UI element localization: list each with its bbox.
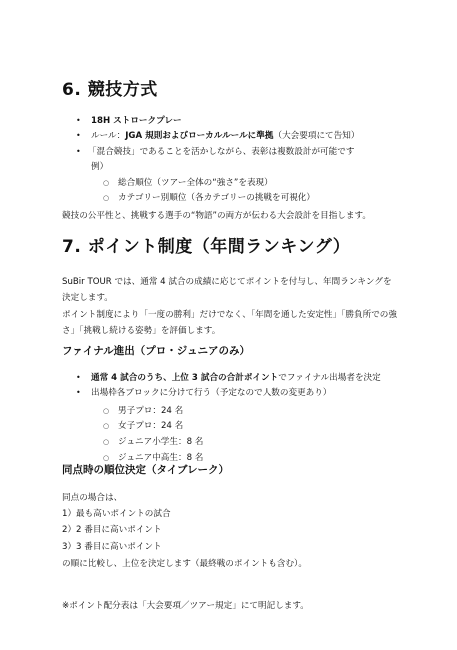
sub-bullet-icon: ○	[103, 405, 109, 417]
sub-bullet-icon: ○	[103, 192, 109, 204]
paragraph: 競技の公平性と、挑戦する選手の“物語”の両方が伝わる大会設計を目指します。	[62, 210, 371, 222]
list-item: 出場枠各ブロックに分けて行う（予定なので人数の変更あり）	[91, 387, 331, 399]
paragraph-line: ポイント制度により「一度の勝利」だけでなく、「年間を通した安定性」「勝負所での強	[62, 309, 397, 321]
paragraph-line: SuBir TOUR では、通常 4 試合の成績に応じてポイントを付与し、年間ラ…	[62, 276, 392, 288]
paragraph-line: 決定します。	[62, 292, 113, 304]
tiebreak-heading: 同点時の順位決定（タイブレーク）	[62, 463, 229, 477]
quota-item: ジュニア小学生：8 名	[118, 436, 203, 448]
footnote: ※ポイント配分表は「大会要項／ツアー規定」にて明記します。	[62, 600, 309, 612]
bullet-icon: •	[76, 372, 81, 384]
tiebreak-line: 2）2 番目に高いポイント	[62, 524, 162, 536]
quota-item: 男子プロ：24 名	[118, 405, 183, 417]
bullet-icon: •	[76, 130, 81, 142]
tiebreak-line: 3）3 番目に高いポイント	[62, 541, 162, 553]
document-page: 6. 競技方式 • 18H ストロークプレー • ルール：JGA 規則およびロー…	[0, 0, 457, 650]
rule-prefix: ルール：	[91, 131, 125, 141]
list-item: 「混合競技」であることを活かしながら、表彰は複数設計が可能です	[88, 146, 354, 158]
section-6-heading: 6. 競技方式	[62, 80, 158, 100]
bullet-icon: •	[76, 387, 81, 399]
list-item-continuation: 例）	[91, 161, 108, 173]
list-item: 18H ストロークプレー	[91, 115, 182, 127]
bullet-icon: •	[76, 146, 81, 158]
sub-bullet-icon: ○	[103, 177, 109, 189]
rule-suffix: （大会要項にて告知）	[273, 131, 359, 141]
tiebreak-line: の順に比較し、上位を決定します（最終戦のポイントも含む）。	[62, 558, 307, 570]
tiebreak-line: 同点の場合は、	[62, 492, 122, 504]
bold-text: JGA 規則およびローカルルールに準拠	[125, 131, 273, 141]
list-item: ルール：JGA 規則およびローカルルールに準拠（大会要項にて告知）	[91, 130, 359, 142]
sub-bullet-icon: ○	[103, 420, 109, 432]
tiebreak-line: 1）最も高いポイントの試合	[62, 508, 171, 520]
bold-text: 通常 4 試合のうち、上位 3 試合の合計ポイント	[91, 373, 278, 383]
bullet-icon: •	[76, 115, 81, 127]
section-7-heading: 7. ポイント制度（年間ランキング）	[62, 237, 350, 257]
quota-item: 女子プロ：24 名	[118, 420, 183, 432]
bold-text: 18H ストロークプレー	[91, 116, 182, 126]
sub-bullet-icon: ○	[103, 436, 109, 448]
paragraph-line: さ」「挑戦し続ける姿勢」を評価します。	[62, 325, 220, 337]
sub-list-item: 総合順位（ツアー全体の“強さ”を表現）	[118, 177, 273, 189]
list-item: 通常 4 試合のうち、上位 3 試合の合計ポイントでファイナル出場者を決定	[91, 372, 381, 384]
normal-text: でファイナル出場者を決定	[278, 373, 381, 383]
final-heading: ファイナル進出（プロ・ジュニアのみ）	[62, 344, 250, 358]
sub-list-item: カテゴリー別順位（各カテゴリーの挑戦を可視化）	[118, 192, 315, 204]
